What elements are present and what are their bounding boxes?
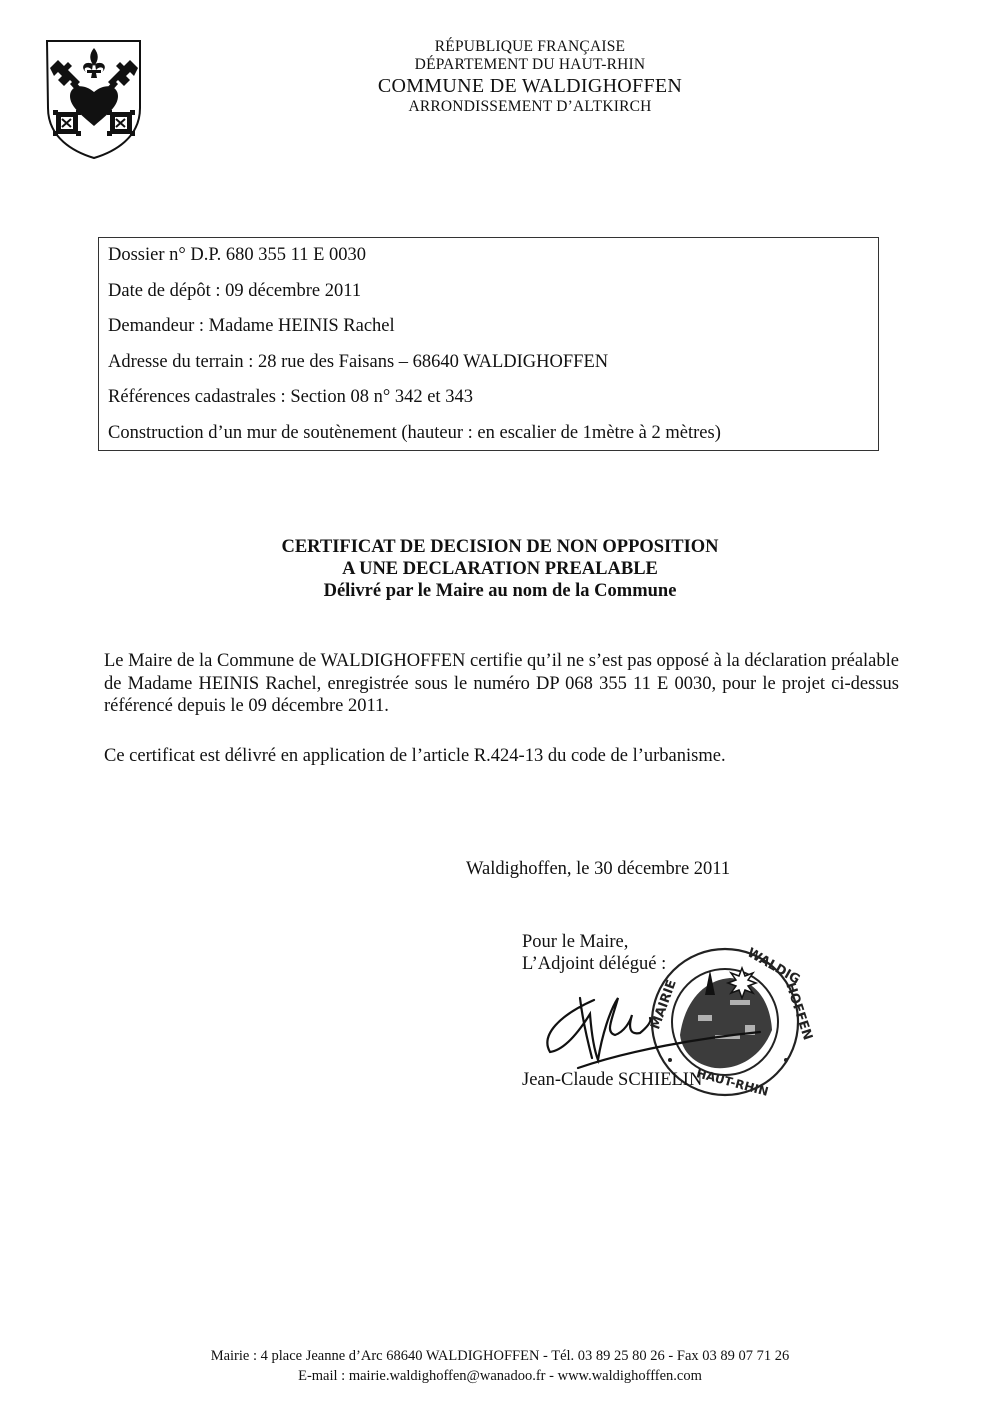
letterhead: RÉPUBLIQUE FRANÇAISE DÉPARTEMENT DU HAUT… bbox=[340, 38, 720, 116]
cadastral-references: Références cadastrales : Section 08 n° 3… bbox=[108, 383, 878, 419]
legal-basis-paragraph: Ce certificat est délivré en application… bbox=[104, 745, 899, 768]
footer-address: Mairie : 4 place Jeanne d’Arc 68640 WALD… bbox=[100, 1346, 900, 1366]
signer-name: Jean-Claude SCHIELIN bbox=[522, 1070, 702, 1091]
title-line-3: Délivré par le Maire au nom de la Commun… bbox=[150, 580, 850, 602]
dossier-number: Dossier n° D.P. 680 355 11 E 0030 bbox=[108, 241, 878, 277]
title-line-2: A UNE DECLARATION PREALABLE bbox=[150, 558, 850, 580]
dossier-info-box: Dossier n° D.P. 680 355 11 E 0030 Date d… bbox=[98, 237, 879, 451]
header-commune: COMMUNE DE WALDIGHOFFEN bbox=[340, 74, 720, 98]
project-description: Construction d’un mur de soutènement (ha… bbox=[108, 419, 878, 455]
header-arrondissement: ARRONDISSEMENT D’ALTKIRCH bbox=[340, 98, 720, 116]
coat-of-arms-icon bbox=[44, 38, 144, 160]
applicant: Demandeur : Madame HEINIS Rachel bbox=[108, 312, 878, 348]
filing-date: Date de dépôt : 09 décembre 2011 bbox=[108, 277, 878, 313]
svg-text:HOFFEN: HOFFEN bbox=[782, 981, 815, 1042]
certification-paragraph: Le Maire de la Commune de WALDIGHOFFEN c… bbox=[104, 650, 899, 718]
footer-contact: Mairie : 4 place Jeanne d’Arc 68640 WALD… bbox=[100, 1346, 900, 1386]
header-republique: RÉPUBLIQUE FRANÇAISE bbox=[340, 38, 720, 56]
footer-email-web: E-mail : mairie.waldighoffen@wanadoo.fr … bbox=[100, 1366, 900, 1386]
header-departement: DÉPARTEMENT DU HAUT-RHIN bbox=[340, 56, 720, 74]
place-and-date: Waldighoffen, le 30 décembre 2011 bbox=[466, 859, 730, 880]
certificate-title: CERTIFICAT DE DECISION DE NON OPPOSITION… bbox=[150, 536, 850, 602]
land-address: Adresse du terrain : 28 rue des Faisans … bbox=[108, 348, 878, 384]
title-line-1: CERTIFICAT DE DECISION DE NON OPPOSITION bbox=[150, 536, 850, 558]
